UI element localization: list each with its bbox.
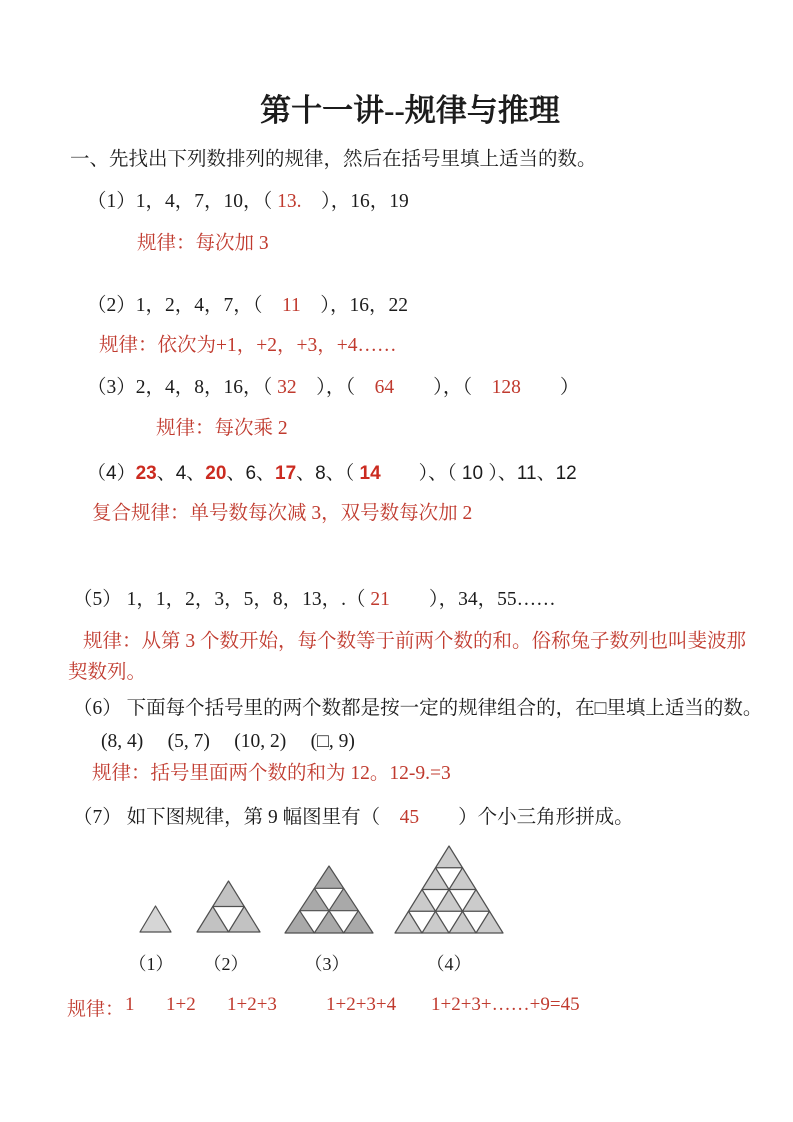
figure-label-2: （2）	[204, 950, 249, 976]
answer-item-4: 1+2+3+4	[326, 994, 396, 1016]
section-heading: 一、先找出下列数排列的规律，然后在括号里填上适当的数。	[70, 147, 597, 172]
page-title: 第十一讲--规律与推理	[260, 93, 560, 129]
figure-label-4: （4）	[427, 950, 472, 976]
q5-rule-line2: 契数列。	[68, 660, 146, 685]
answer-item-2: 1+2	[166, 994, 196, 1016]
q1-sequence: （1）1，4，7，10，（ 13. ），16，19	[87, 189, 409, 214]
q1-rule: 规律：每次加 3	[137, 231, 269, 256]
q7-question: （7） 如下图规律，第 9 幅图里有（ 45 ）个小三角形拼成。	[73, 805, 634, 830]
triangle-figure-4	[393, 844, 505, 940]
figure-label-3: （3）	[305, 950, 350, 976]
triangle-figure-3	[283, 864, 375, 940]
q6-number-pairs: (8, 4) (5, 7) (10, 2) (□, 9)	[101, 729, 355, 754]
worksheet-page: 第十一讲--规律与推理 一、先找出下列数排列的规律，然后在括号里填上适当的数。 …	[0, 0, 793, 1122]
q2-rule: 规律：依次为+1，+2，+3，+4……	[99, 333, 397, 358]
q6-heading: （6） 下面每个括号里的两个数都是按一定的规律组合的，在□里填上适当的数。	[73, 696, 762, 721]
q3-sequence: （3）2，4，8，16，（ 32 ），（ 64 ），（ 128 ）	[87, 375, 579, 400]
answer-item-3: 1+2+3	[227, 994, 277, 1016]
q5-rule-line1: 规律：从第 3 个数开始，每个数等于前两个数的和。俗称兔子数列也叫斐波那	[83, 629, 746, 654]
triangle-figure-2	[195, 879, 262, 939]
answer-item-1: 1	[125, 994, 135, 1016]
figure-label-1: （1）	[129, 950, 174, 976]
q5-sequence: （5） 1，1，2，3，5，8，13，.（ 21 ），34，55……	[73, 587, 556, 612]
q4-rule: 复合规律：单号数每次减 3，双号数每次加 2	[92, 501, 472, 526]
q3-rule: 规律：每次乘 2	[156, 416, 288, 441]
answer-item-5: 1+2+3+……+9=45	[431, 994, 580, 1016]
triangle-figure-1	[138, 904, 173, 939]
q2-sequence: （2）1，2，4，7，（ 11 ），16，22	[87, 293, 408, 318]
q6-rule: 规律：括号里面两个数的和为 12。12-9.=3	[92, 761, 451, 786]
q4-sequence: （4）23、4、20、6、17、8、（ 14 ）、（ 10 ）、11、12	[87, 461, 577, 486]
answer-row-label: 规律：	[67, 994, 124, 1021]
